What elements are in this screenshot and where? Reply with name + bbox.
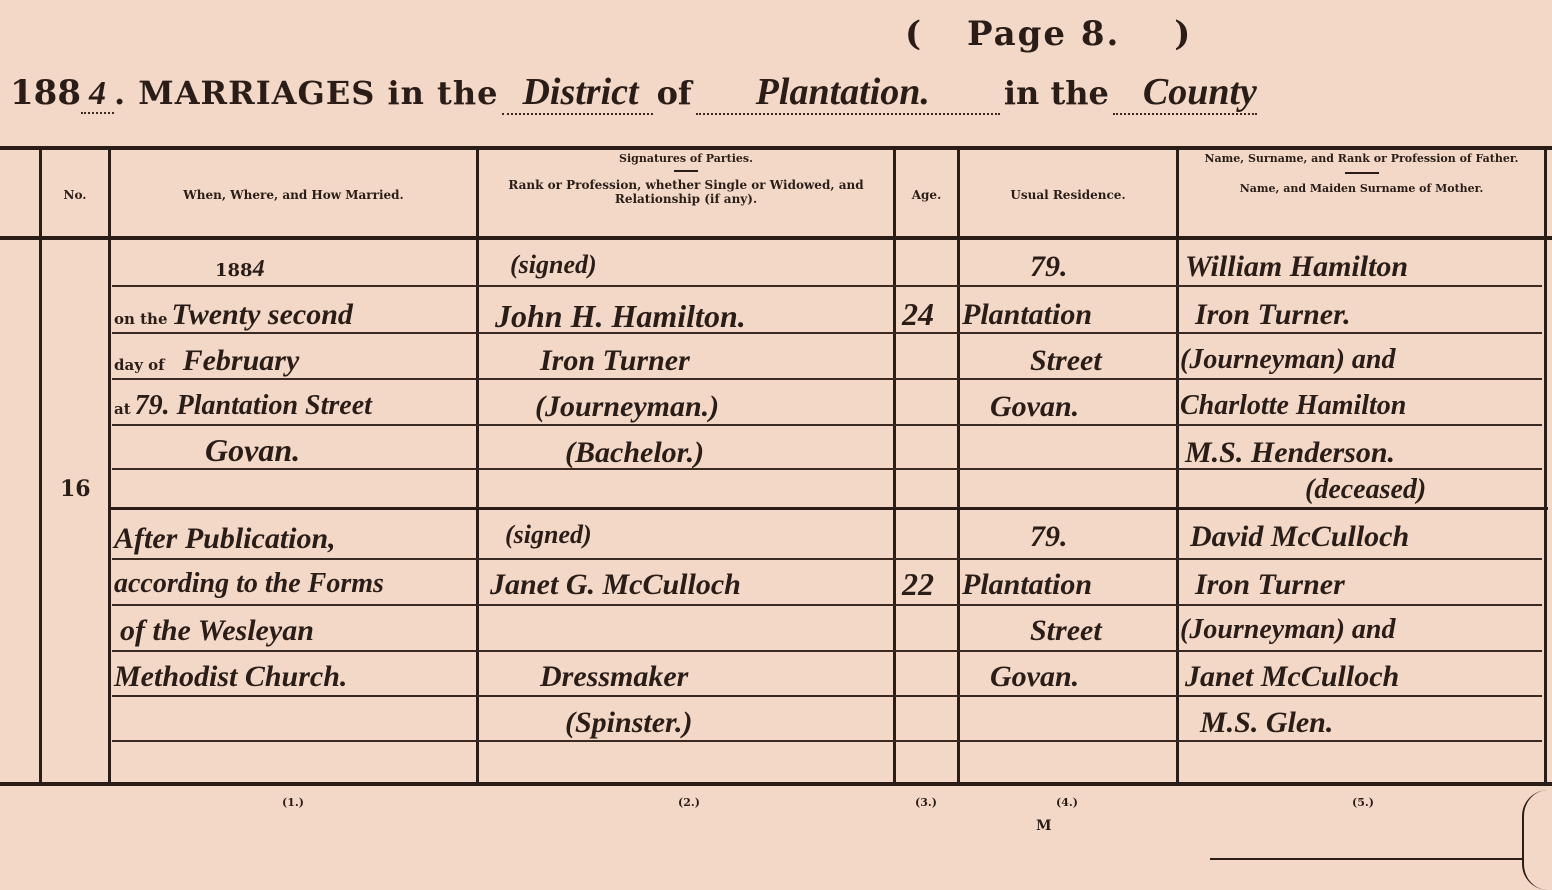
bride-signed: (signed) bbox=[505, 520, 592, 550]
bride-father-name: David McCulloch bbox=[1190, 520, 1409, 554]
groom-residence-town: Govan. bbox=[990, 390, 1079, 424]
rule-line bbox=[112, 424, 1542, 426]
groom-mother-maiden: M.S. Henderson. bbox=[1185, 436, 1395, 470]
entry-divider-rule bbox=[108, 507, 1548, 510]
when-year: 1884 bbox=[215, 256, 265, 283]
marriage-how-line4: Methodist Church. bbox=[114, 660, 347, 694]
marriage-how-line3: of the Wesleyan bbox=[120, 614, 314, 648]
col-rule-4 bbox=[957, 150, 960, 782]
header-divider bbox=[1345, 172, 1379, 174]
marriage-place: 79. Plantation Street bbox=[135, 390, 372, 421]
bride-name: Janet G. McCulloch bbox=[490, 568, 741, 602]
title-district: District bbox=[502, 71, 652, 115]
title-year-prefix: 188 bbox=[10, 73, 81, 113]
groom-age: 24 bbox=[902, 296, 934, 333]
bride-residence-street: Plantation bbox=[962, 568, 1092, 602]
groom-profession-detail: (Journeyman.) bbox=[535, 390, 719, 424]
at-label: at bbox=[114, 400, 131, 418]
groom-mother-name: Charlotte Hamilton bbox=[1180, 390, 1406, 422]
col-header-parents-bottom: Name, and Maiden Surname of Mother. bbox=[1179, 182, 1544, 196]
when-year-hand: 4 bbox=[253, 256, 265, 282]
col-header-parents: Name, Surname, and Rank or Profession of… bbox=[1179, 152, 1544, 196]
day-of-label: day of bbox=[114, 356, 165, 374]
col-header-parents-top: Name, Surname, and Rank or Profession of… bbox=[1179, 152, 1544, 166]
title-place: Plantation. bbox=[696, 71, 1000, 115]
bride-father-rank-detail: (Journeyman) and bbox=[1180, 614, 1395, 646]
marriage-day: Twenty second bbox=[172, 298, 353, 331]
rule-line bbox=[112, 604, 1542, 606]
footer-mark: M bbox=[1036, 818, 1052, 834]
groom-residence-number: 79. bbox=[1030, 250, 1068, 284]
page-label-text: Page 8. bbox=[967, 14, 1120, 54]
groom-mother-note: (deceased) bbox=[1305, 474, 1426, 506]
col-rule-3 bbox=[893, 150, 896, 782]
bride-status: (Spinster.) bbox=[565, 706, 693, 740]
rule-line bbox=[112, 650, 1542, 652]
column-number-1: (1.) bbox=[282, 796, 304, 809]
bride-mother-maiden: M.S. Glen. bbox=[1200, 706, 1333, 740]
marriage-how-line1: After Publication, bbox=[114, 522, 336, 556]
page-label-open: ( bbox=[905, 14, 923, 54]
when-day-line: on the Twenty second bbox=[114, 298, 353, 332]
when-place-line: at 79. Plantation Street bbox=[114, 390, 372, 422]
marriage-place-town: Govan. bbox=[205, 432, 300, 469]
bride-profession: Dressmaker bbox=[540, 660, 688, 694]
table-top-rule bbox=[0, 146, 1552, 150]
rule-line bbox=[112, 332, 1542, 334]
header-divider bbox=[674, 170, 698, 172]
groom-father-rank: Iron Turner. bbox=[1195, 298, 1351, 332]
page-label-close: ) bbox=[1174, 14, 1192, 54]
groom-signed: (signed) bbox=[510, 250, 597, 280]
col-header-when: When, Where, and How Married. bbox=[111, 188, 476, 202]
header-bottom-rule bbox=[0, 236, 1552, 240]
col-rule-0 bbox=[39, 150, 42, 782]
when-month-line: day of February bbox=[114, 344, 299, 378]
bride-age: 22 bbox=[902, 566, 934, 603]
rule-line bbox=[112, 740, 1542, 742]
col-header-signatures-top: Signatures of Parties. bbox=[479, 152, 893, 166]
col-header-signatures-bottom: Rank or Profession, whether Single or Wi… bbox=[479, 178, 893, 206]
col-header-residence: Usual Residence. bbox=[960, 188, 1176, 202]
margin-bracket bbox=[1522, 790, 1548, 890]
when-year-printed: 188 bbox=[215, 260, 253, 281]
groom-father-rank-detail: (Journeyman) and bbox=[1180, 344, 1395, 376]
rule-line bbox=[112, 378, 1542, 380]
title-heading: . MARRIAGES in the bbox=[114, 74, 498, 112]
rule-line bbox=[112, 695, 1542, 697]
rule-line bbox=[112, 558, 1542, 560]
col-header-signatures: Signatures of Parties. Rank or Professio… bbox=[479, 152, 893, 206]
column-number-4: (4.) bbox=[1056, 796, 1078, 809]
title-year-suffix: 4 bbox=[81, 75, 114, 114]
groom-name: John H. Hamilton. bbox=[495, 298, 746, 335]
bride-residence-number: 79. bbox=[1030, 520, 1068, 554]
title-county: County bbox=[1113, 71, 1257, 115]
bride-residence-street-suffix: Street bbox=[1030, 614, 1102, 648]
bride-father-rank: Iron Turner bbox=[1195, 568, 1345, 602]
groom-father-name: William Hamilton bbox=[1185, 250, 1408, 284]
groom-residence-street-suffix: Street bbox=[1030, 344, 1102, 378]
table-bottom-rule bbox=[0, 782, 1552, 786]
groom-status: (Bachelor.) bbox=[565, 436, 704, 470]
column-number-5: (5.) bbox=[1352, 796, 1374, 809]
col-rule-6 bbox=[1544, 150, 1547, 782]
bride-mother-name: Janet McCulloch bbox=[1185, 660, 1399, 694]
title-of: of bbox=[657, 74, 692, 112]
footer-rule bbox=[1210, 858, 1522, 860]
title-in-the: in the bbox=[1004, 74, 1109, 112]
column-number-3: (3.) bbox=[915, 796, 937, 809]
column-number-2: (2.) bbox=[678, 796, 700, 809]
marriage-month: February bbox=[183, 344, 300, 377]
col-header-age: Age. bbox=[896, 188, 957, 202]
col-rule-5 bbox=[1176, 150, 1179, 782]
entry-number: 16 bbox=[60, 476, 91, 502]
on-the-label: on the bbox=[114, 310, 168, 328]
col-rule-1 bbox=[108, 150, 111, 782]
marriage-how-line2: according to the Forms bbox=[114, 568, 384, 600]
groom-profession: Iron Turner bbox=[540, 344, 690, 378]
col-header-no: No. bbox=[42, 188, 108, 202]
col-rule-2 bbox=[476, 150, 479, 782]
register-title: 1884. MARRIAGES in the District of Plant… bbox=[10, 70, 1552, 120]
page-label: ( Page 8. ) bbox=[905, 14, 1192, 54]
rule-line bbox=[112, 285, 1542, 287]
bride-residence-town: Govan. bbox=[990, 660, 1079, 694]
groom-residence-street: Plantation bbox=[962, 298, 1092, 332]
